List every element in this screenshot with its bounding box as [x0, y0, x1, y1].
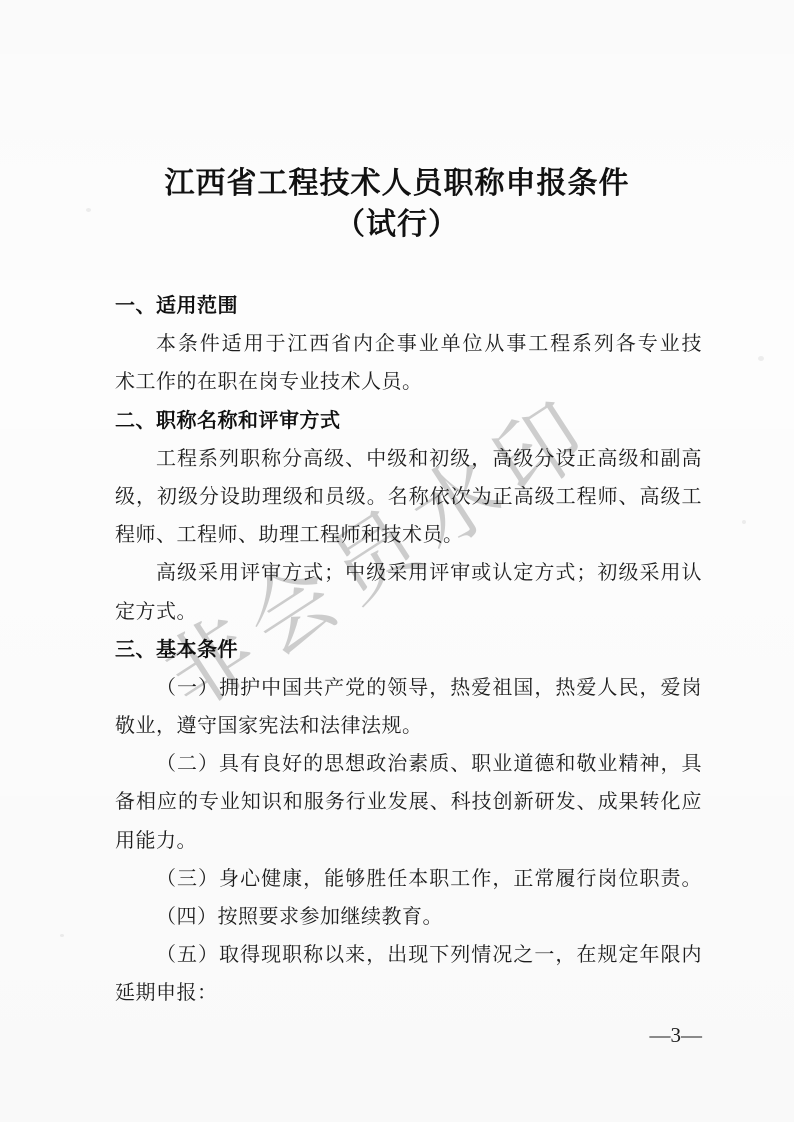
body-line: （四）按照要求参加继续教育。 — [115, 898, 702, 936]
scan-speck — [758, 356, 764, 361]
body-line: 工程系列职称分高级、中级和初级，高级分设正高级和副高 — [115, 440, 702, 478]
body-line: 用能力。 — [115, 822, 702, 860]
body-line: 敬业，遵守国家宪法和法律法规。 — [115, 707, 702, 745]
scanned-document-page: 非会员水印 江西省工程技术人员职称申报条件 （试行） 一、适用范围 本条件适用于… — [0, 0, 794, 1122]
body-line: （三）身心健康，能够胜任本职工作，正常履行岗位职责。 — [115, 860, 702, 898]
section-heading-2: 二、职称名称和评审方式 — [115, 402, 702, 440]
document-title-line1: 江西省工程技术人员职称申报条件 — [0, 163, 794, 204]
body-line: （二）具有良好的思想政治素质、职业道德和敬业精神，具 — [115, 745, 702, 783]
body-line: 定方式。 — [115, 593, 702, 631]
body-line: 延期申报： — [115, 974, 702, 1012]
scan-speck — [742, 520, 746, 524]
body-line: 程师、工程师、助理工程师和技术员。 — [115, 516, 702, 554]
section-heading-1: 一、适用范围 — [115, 287, 702, 325]
section-heading-3: 三、基本条件 — [115, 631, 702, 669]
body-line: （五）取得现职称以来，出现下列情况之一，在规定年限内 — [115, 936, 702, 974]
body-line: 高级采用评审方式；中级采用评审或认定方式；初级采用认 — [115, 554, 702, 592]
document-body: 一、适用范围 本条件适用于江西省内企事业单位从事工程系列各专业技 术工作的在职在… — [115, 287, 702, 1013]
page-number: —3— — [650, 1020, 703, 1050]
body-line: 备相应的专业知识和服务行业发展、科技创新研发、成果转化应 — [115, 783, 702, 821]
body-line: 本条件适用于江西省内企事业单位从事工程系列各专业技 — [115, 325, 702, 363]
document-title-line2: （试行） — [0, 204, 794, 245]
document-title: 江西省工程技术人员职称申报条件 （试行） — [0, 163, 794, 245]
body-line: （一）拥护中国共产党的领导，热爱祖国，热爱人民，爱岗 — [115, 669, 702, 707]
body-line: 级，初级分设助理级和员级。名称依次为正高级工程师、高级工 — [115, 478, 702, 516]
scan-speck — [60, 934, 64, 937]
body-line: 术工作的在职在岗专业技术人员。 — [115, 363, 702, 401]
